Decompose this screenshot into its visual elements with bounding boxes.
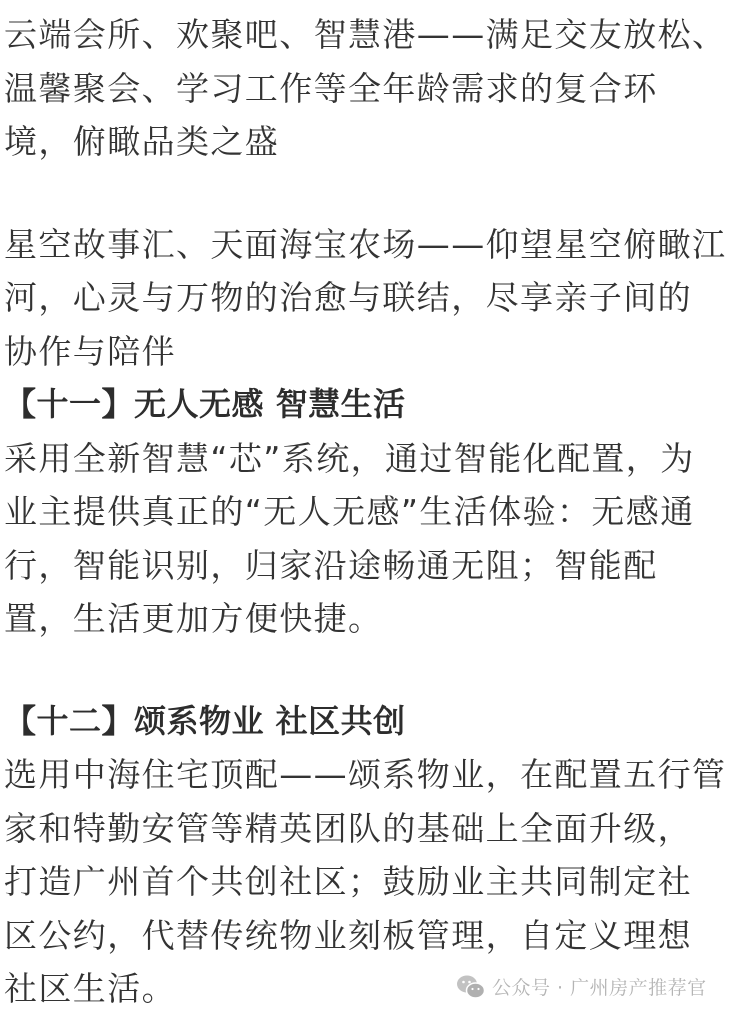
text-line: 家和特勤安管等精英团队的基础上全面升级， bbox=[4, 802, 740, 856]
text-line: 境，俯瞰品类之盛 bbox=[4, 115, 740, 169]
section-12-heading: 【十二】颂系物业 社区共创 bbox=[4, 695, 740, 749]
wechat-icon bbox=[456, 974, 486, 1000]
text-line: 协作与陪伴 bbox=[4, 325, 740, 379]
section-11-heading: 【十一】无人无感 智慧生活 bbox=[4, 378, 740, 432]
section-11-paragraph: 采用全新智慧“芯”系统，通过智能化配置，为 业主提供真正的“无人无感”生活体验：… bbox=[4, 432, 740, 646]
intro-paragraph-1: 云端会所、欢聚吧、智慧港——满足交友放松、 温馨聚会、学习工作等全年龄需求的复合… bbox=[4, 8, 740, 169]
wechat-watermark: 公众号 · 广州房产推荐官 bbox=[456, 973, 707, 1000]
paragraph-spacer bbox=[4, 646, 740, 695]
text-line: 置，生活更加方便快捷。 bbox=[4, 592, 740, 646]
text-line: 打造广州首个共创社区；鼓励业主共同制定社 bbox=[4, 855, 740, 909]
text-line: 业主提供真正的“无人无感”生活体验：无感通 bbox=[4, 485, 740, 539]
text-line: 温馨聚会、学习工作等全年龄需求的复合环 bbox=[4, 62, 740, 116]
text-line: 采用全新智慧“芯”系统，通过智能化配置，为 bbox=[4, 432, 740, 486]
text-line: 河，心灵与万物的治愈与联结，尽享亲子间的 bbox=[4, 271, 740, 325]
watermark-text: 公众号 · 广州房产推荐官 bbox=[492, 973, 707, 1000]
text-line: 行，智能识别，归家沿途畅通无阻；智能配 bbox=[4, 539, 740, 593]
text-line: 选用中海住宅顶配——颂系物业，在配置五行管 bbox=[4, 748, 740, 802]
intro-paragraph-2: 星空故事汇、天面海宝农场——仰望星空俯瞰江 河，心灵与万物的治愈与联结，尽享亲子… bbox=[4, 218, 740, 379]
paragraph-spacer bbox=[4, 169, 740, 218]
text-line: 区公约，代替传统物业刻板管理，自定义理想 bbox=[4, 909, 740, 963]
text-line: 云端会所、欢聚吧、智慧港——满足交友放松、 bbox=[4, 8, 740, 62]
text-line: 星空故事汇、天面海宝农场——仰望星空俯瞰江 bbox=[4, 218, 740, 272]
article-body: 云端会所、欢聚吧、智慧港——满足交友放松、 温馨聚会、学习工作等全年龄需求的复合… bbox=[4, 8, 740, 1016]
